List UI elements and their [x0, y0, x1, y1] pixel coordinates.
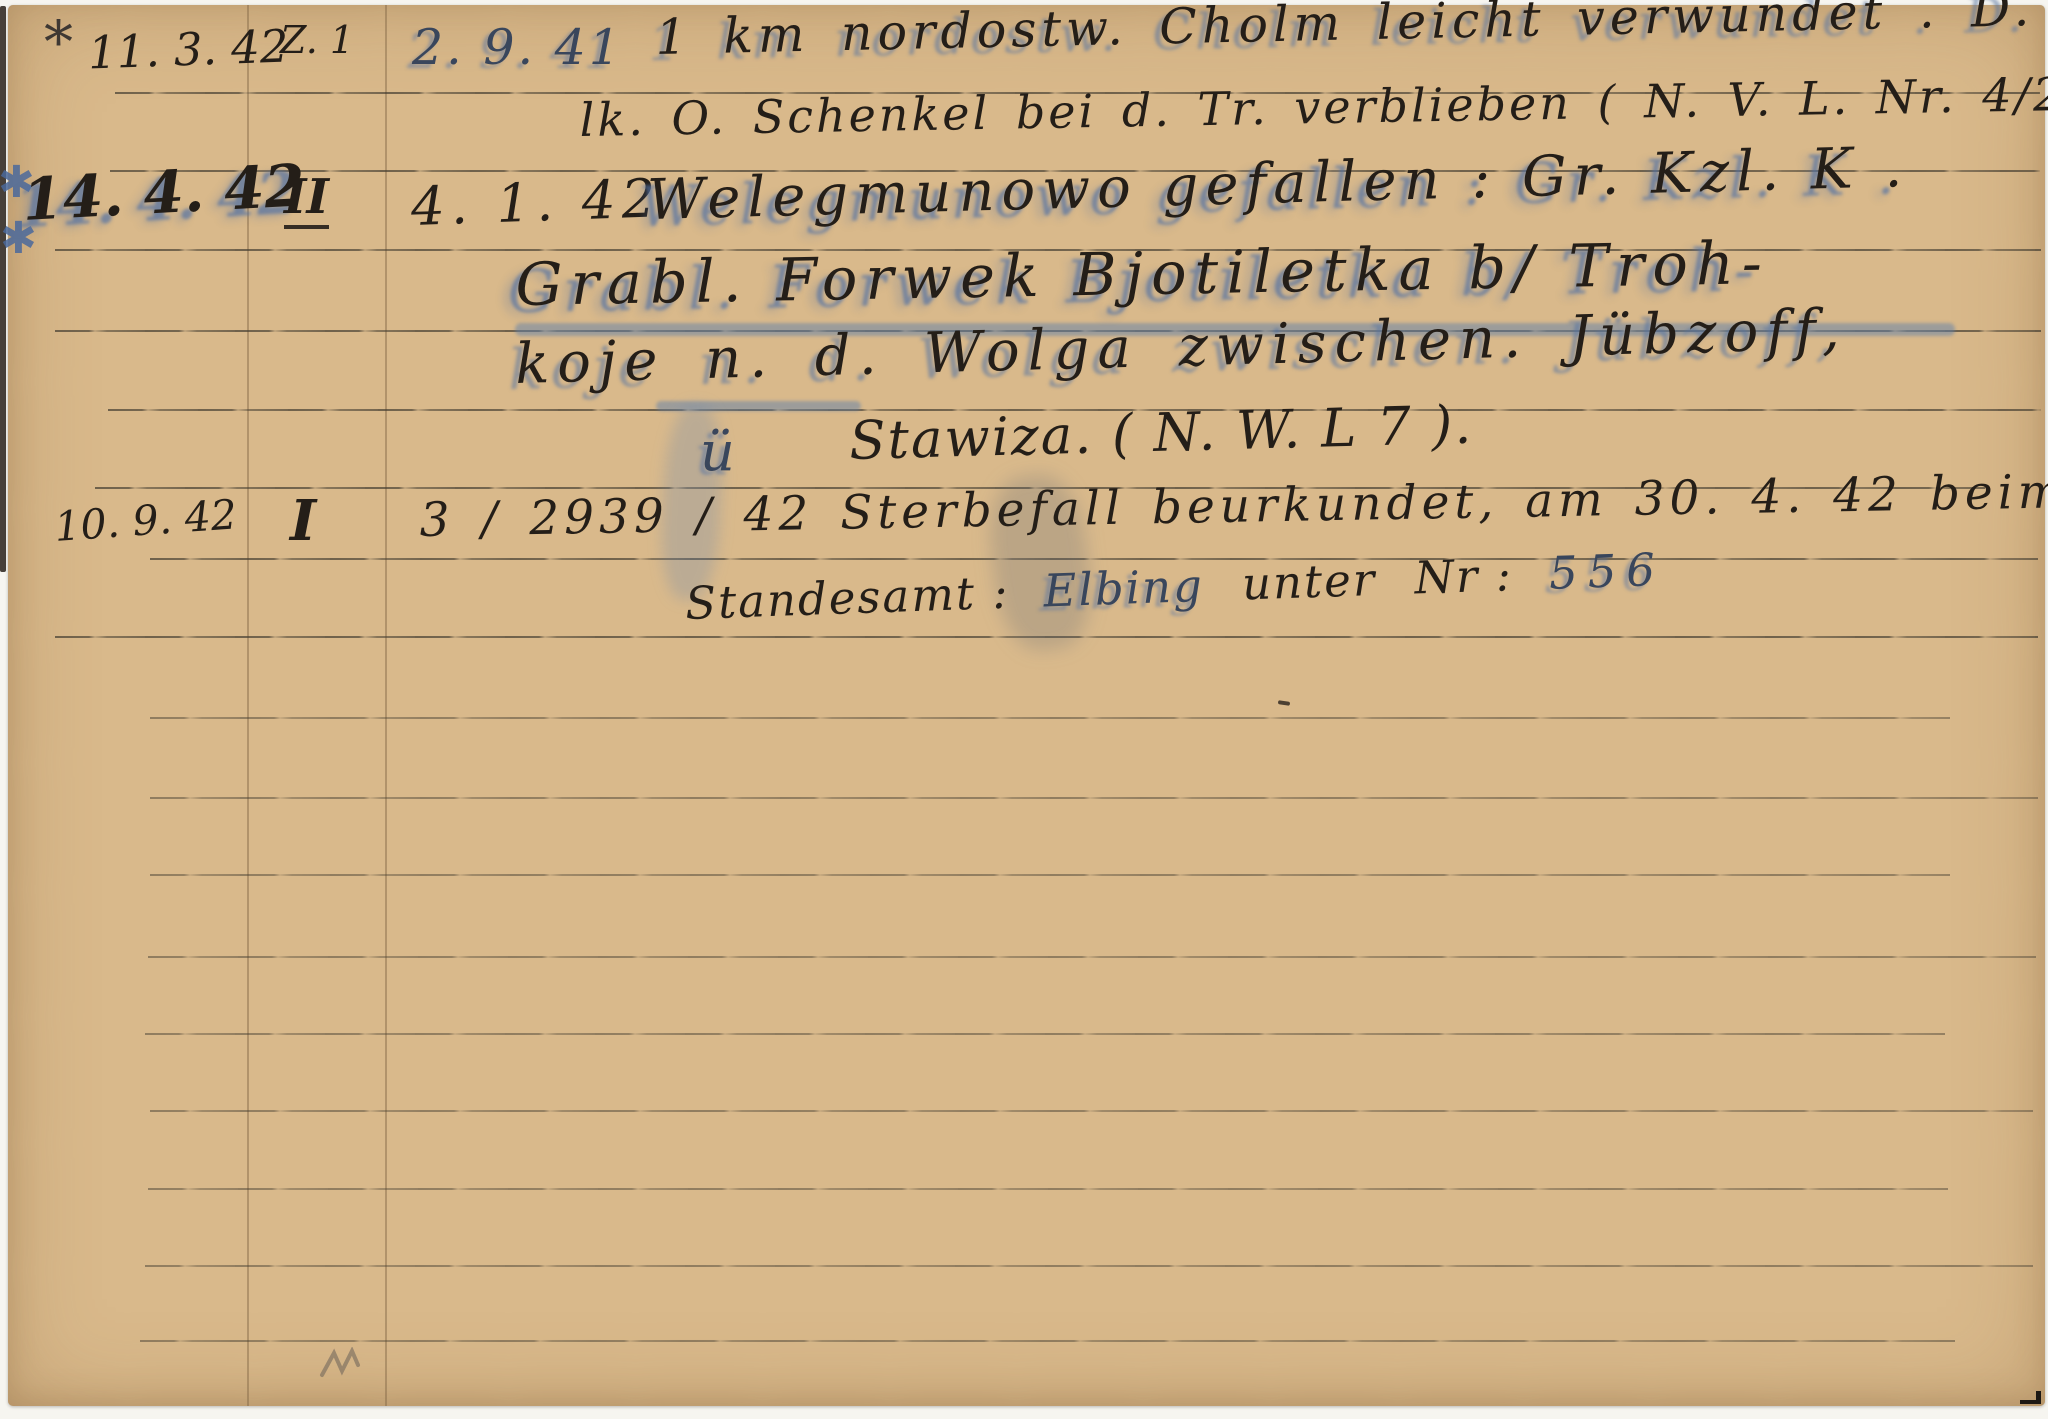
registry-nr-label: Nr :	[1414, 548, 1514, 604]
entry-1-section: Z. 1	[280, 21, 354, 59]
entry-1-line-1: 1 km nordostw. Cholm leicht verwundet . …	[655, 0, 2048, 62]
entry-3-date: 10. 9. 42	[53, 494, 238, 548]
entry-2-line-2: Grabl. Forwek Bjotiletka b/ Troh-	[515, 233, 1770, 314]
registry-nr-value: 556	[1548, 543, 1666, 600]
pencil-scribble	[318, 1347, 370, 1381]
entry-1-marker: *	[44, 13, 73, 71]
ruled-line	[148, 956, 2036, 958]
scan-edge-artifact	[0, 6, 6, 572]
entry-2-line-3: koje n. d. Wolga zwischen. Jübzoff,	[515, 302, 1849, 393]
registry-office-mid: unter	[1241, 553, 1377, 611]
ruled-line	[148, 1188, 1948, 1190]
entry-3-section: I	[290, 493, 316, 549]
ruled-line	[150, 797, 2038, 799]
entry-2-line-4: Stawiza. ( N. W. L 7 ).	[849, 399, 1474, 468]
corner-registration-mark	[2020, 1391, 2041, 1404]
ruled-line	[150, 717, 1950, 719]
entry-2-line-4-prefix: ü	[700, 425, 735, 479]
ruled-line	[140, 1340, 1955, 1342]
index-card: * 11. 3. 42 Z. 1 2. 9. 41 1 km nordostw.…	[8, 5, 2045, 1406]
entry-1-date: 11. 3. 42	[87, 24, 289, 76]
column-rule-section	[385, 5, 387, 1406]
ruled-line	[150, 874, 1950, 876]
ruled-line	[145, 1265, 2033, 1267]
scanned-card-page: * 11. 3. 42 Z. 1 2. 9. 41 1 km nordostw.…	[0, 0, 2048, 1419]
registry-office-label: Standesamt :	[684, 566, 1010, 630]
ruled-line	[150, 1110, 2033, 1112]
entry-2-section: II	[284, 173, 329, 229]
entry-1-incident-date: 2. 9. 41	[412, 23, 623, 72]
ruled-line	[145, 1033, 1945, 1035]
ruled-line	[150, 558, 2038, 560]
entry-2-incident-date: 4. 1. 42	[410, 172, 662, 234]
entry-2-date: 14. 4. 42	[21, 156, 306, 229]
ink-speck	[1278, 700, 1290, 706]
registry-office-place: Elbing	[1043, 559, 1205, 618]
entry-2-line-1: Welegmunowo gefallen : Gr. Kzl. K .	[647, 140, 1910, 229]
entry-1-line-2: lk. O. Schenkel bei d. Tr. verblieben ( …	[579, 70, 2048, 143]
